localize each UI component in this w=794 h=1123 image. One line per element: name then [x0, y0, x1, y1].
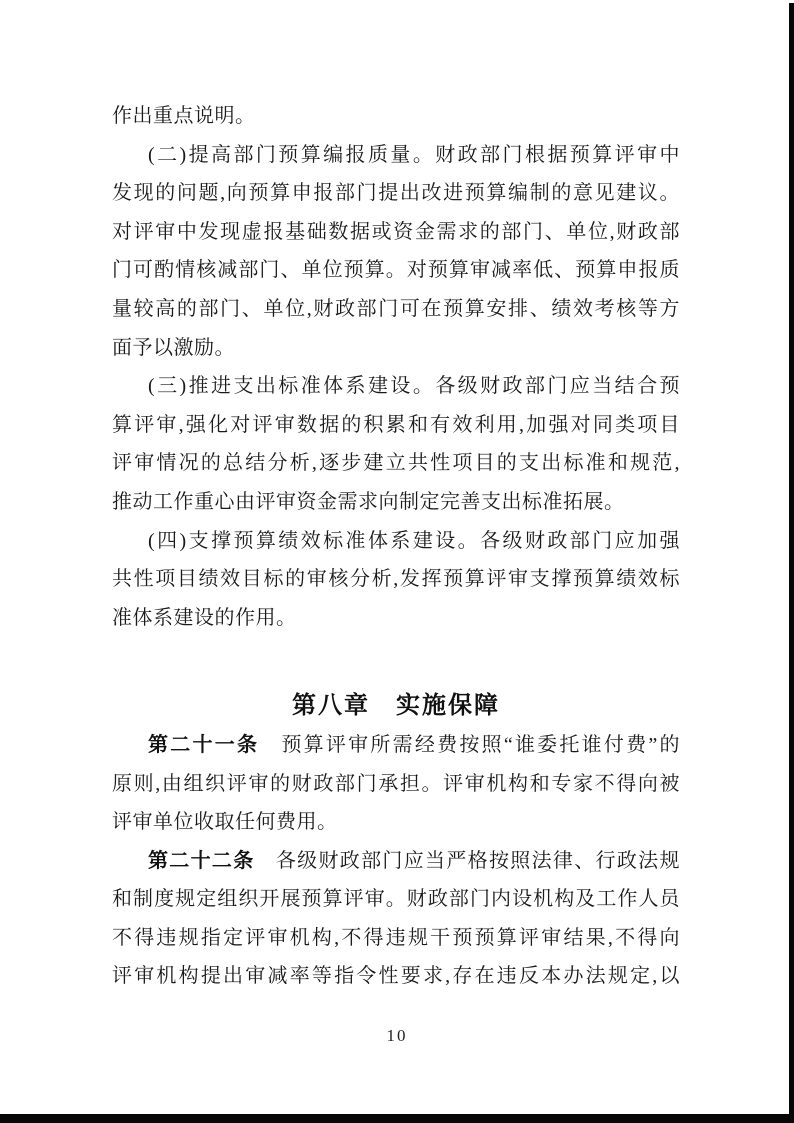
- paragraph: (三)推进支出标准体系建设。各级财政部门应当结合预算评审,强化对评审数据的积累和…: [112, 367, 680, 521]
- scan-edge-bottom: [0, 1114, 794, 1123]
- text-line: 对评审中发现虚报基础数据或资金需求的部门、单位,财政部: [112, 213, 680, 252]
- article-number: 第二十一条: [148, 734, 259, 756]
- chapter-title: 实施保障: [396, 692, 500, 719]
- text-line: 面予以激励。: [112, 329, 680, 368]
- paragraph: 第二十二条 各级财政部门应当严格按照法律、行政法规和制度规定组织开展预算评审。财…: [112, 842, 680, 996]
- scan-edge-right: [789, 3, 794, 1123]
- text-line: 评审单位收取任何费用。: [112, 803, 680, 842]
- text-line: 作出重点说明。: [112, 97, 680, 136]
- text-line: 门可酌情核减部门、单位预算。对预算审减率低、预算申报质: [112, 251, 680, 290]
- article-text: 预算评审所需经费按照“谁委托谁付费”的: [259, 734, 680, 756]
- document-text: 作出重点说明。(二)提高部门预算编报质量。财政部门根据预算评审中发现的问题,向预…: [112, 97, 680, 996]
- chapter-heading: 第八章 实施保障: [112, 687, 680, 726]
- article-text: 各级财政部门应当严格按照法律、行政法规: [255, 850, 680, 872]
- article-number: 第二十二条: [148, 850, 255, 872]
- document-page: 作出重点说明。(二)提高部门预算编报质量。财政部门根据预算评审中发现的问题,向预…: [0, 0, 794, 1123]
- text-line: 准体系建设的作用。: [112, 599, 680, 638]
- text-line: 评审情况的总结分析,逐步建立共性项目的支出标准和规范,: [112, 444, 680, 483]
- text-line: 不得违规指定评审机构,不得违规干预预算评审结果,不得向: [112, 919, 680, 958]
- text-line: 第二十一条 预算评审所需经费按照“谁委托谁付费”的: [112, 726, 680, 765]
- text-line: 发现的问题,向预算申报部门提出改进预算编制的意见建议。: [112, 174, 680, 213]
- text-line: (三)推进支出标准体系建设。各级财政部门应当结合预: [112, 367, 680, 406]
- paragraph: (二)提高部门预算编报质量。财政部门根据预算评审中发现的问题,向预算申报部门提出…: [112, 136, 680, 368]
- text-line: 量较高的部门、单位,财政部门可在预算安排、绩效考核等方: [112, 290, 680, 329]
- text-line: 评审机构提出审减率等指令性要求,存在违反本办法规定,以: [112, 957, 680, 996]
- text-line: 算评审,强化对评审数据的积累和有效利用,加强对同类项目: [112, 406, 680, 445]
- text-line: (二)提高部门预算编报质量。财政部门根据预算评审中: [112, 136, 680, 175]
- text-line: (四)支撑预算绩效标准体系建设。各级财政部门应加强: [112, 522, 680, 561]
- text-line: 共性项目绩效目标的审核分析,发挥预算评审支撑预算绩效标: [112, 560, 680, 599]
- paragraph: 第二十一条 预算评审所需经费按照“谁委托谁付费”的原则,由组织评审的财政部门承担…: [112, 726, 680, 842]
- page-number: 10: [0, 1026, 794, 1046]
- paragraph: (四)支撑预算绩效标准体系建设。各级财政部门应加强共性项目绩效目标的审核分析,发…: [112, 522, 680, 638]
- text-line: 原则,由组织评审的财政部门承担。评审机构和专家不得向被: [112, 765, 680, 804]
- chapter-number: 第八章: [292, 692, 370, 719]
- text-line: 第二十二条 各级财政部门应当严格按照法律、行政法规: [112, 842, 680, 881]
- text-line: 和制度规定组织开展预算评审。财政部门内设机构及工作人员: [112, 880, 680, 919]
- paragraph: 作出重点说明。: [112, 97, 680, 136]
- text-line: 推动工作重心由评审资金需求向制定完善支出标准拓展。: [112, 483, 680, 522]
